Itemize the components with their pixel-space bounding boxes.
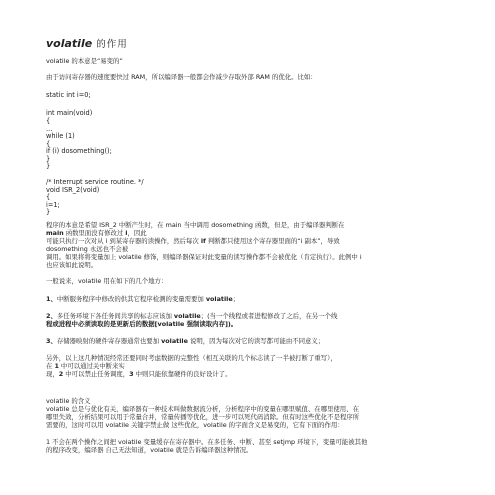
intro-line: volatile 的本意是“易变的” — [46, 57, 123, 65]
usage-item-1: 1、中断服务程序中修改的供其它程序检测的变量需要加 volatile； — [46, 295, 239, 303]
explanation-line: dosomething 永远也不会被 — [46, 245, 128, 253]
code-line: while (1) — [46, 132, 75, 140]
code-line: } — [46, 162, 50, 170]
explanation-line: 调用。如果将将变量加上 volatile 修饰，则编译器保证对此变量的读写操作都… — [46, 253, 362, 261]
meaning-line: 哪里失效，分析结果可以用于常量合并，常量传播等优化，进一步可以死代码消除。但有时… — [46, 413, 359, 421]
usage-item-2: 2、多任务环境下各任务间共享的标志应该加 volatile；(当一个线程或者进程… — [46, 312, 337, 320]
effect-line: 1 不会在两个操作之间把 volatile 变量缓存在寄存器中。在多任务、中断、… — [46, 438, 367, 446]
code-line: } — [46, 208, 50, 216]
explanation-line: main 函数里面没有修改过 i，因此 — [46, 229, 147, 237]
explanation-line: 程序的本意是希望 ISR_2 中断产生时，在 main 当中调用 dosomet… — [46, 221, 345, 229]
explanation-line: 可能只执行一次对从 i 到某寄存器的读操作，然后每次 if 判断都只使用这个寄存… — [46, 237, 340, 245]
usage-intro: 一般说来，volatile 用在如下的几个地方： — [46, 277, 167, 285]
usage-item-3: 3、存储器映射的硬件寄存器通常也要加 volatile 说明，因为每次对它的读写… — [46, 337, 324, 345]
meaning-heading: volatile 的含义 — [46, 397, 91, 405]
meaning-line: volatile 总是与优化有关，编译器有一种技术叫做数据流分析，分析程序中的变… — [46, 405, 359, 413]
code-line: /* Interrupt service routine. */ — [46, 178, 144, 186]
code-line: { — [46, 193, 50, 201]
usage-item-2-cont: 程或进程中必须读取的是更新后的数据[volatile 强制读取内存])。 — [46, 320, 237, 328]
effect-line: 的程序改变，编译器 自己无法知道，volatile 就是告诉编译器这种情况。 — [46, 446, 252, 454]
meaning-line: 需要的，这时可以用 volatile 关键字禁止做 这些优化，volatile … — [46, 421, 344, 429]
intro-detail: 由于访问寄存器的速度要快过 RAM，所以编译器一般都会作减少存取外部 RAM 的… — [46, 73, 317, 81]
code-line: { — [46, 117, 50, 125]
explanation-line: 也应该如此说明。 — [46, 261, 97, 269]
title-keyword: volatile — [46, 37, 92, 50]
code-line: int main(void) — [46, 109, 92, 117]
title-rest: 的作用 — [92, 39, 128, 50]
page-title: volatile 的作用 — [46, 37, 128, 52]
integrity-line: 另外，以上这几种情况经常还要同时考虑数据的完整性（相互关联的几个标志读了一半被打… — [46, 354, 337, 362]
code-line: if (i) dosomething(); — [46, 147, 112, 155]
code-line: static int i=0; — [46, 91, 91, 99]
code-line: void ISR_2(void) — [46, 186, 99, 194]
integrity-line: 在 1 中可以通过关中断来实 — [46, 362, 125, 370]
integrity-line: 现，2 中可以禁止任务调度，3 中则只能依靠硬件的良好设计了。 — [46, 370, 232, 378]
